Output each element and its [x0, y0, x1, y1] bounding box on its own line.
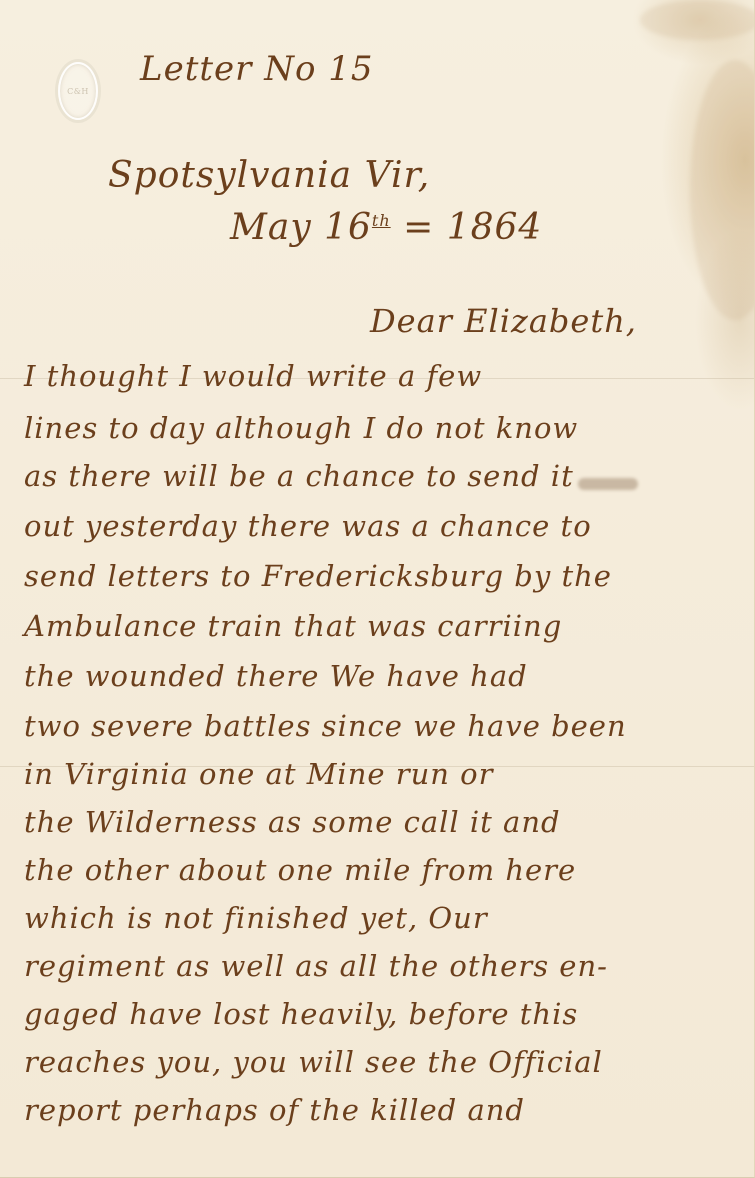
- body-line: send letters to Fredericksburg by the: [24, 562, 612, 591]
- body-line: in Virginia one at Mine run or: [24, 760, 494, 789]
- body-line: I thought I would write a few: [24, 362, 482, 391]
- seal-monogram: C&H: [67, 87, 89, 96]
- letter-date: May 16th = 1864: [230, 210, 542, 246]
- date-year: = 1864: [403, 207, 542, 248]
- body-line: two severe battles since we have been: [24, 712, 627, 741]
- body-line: which is not finished yet, Our: [24, 904, 488, 933]
- ink-smudge: [578, 478, 638, 490]
- body-line: report perhaps of the killed and: [24, 1096, 525, 1125]
- body-line: regiment as well as all the others en-: [24, 952, 608, 981]
- body-line: out yesterday there was a chance to: [24, 512, 592, 541]
- letter-number: Letter No 15: [140, 52, 374, 86]
- body-line: the Wilderness as some call it and: [24, 808, 561, 837]
- salutation: Dear Elizabeth,: [370, 305, 637, 337]
- body-line: as there will be a chance to send it: [24, 462, 574, 491]
- body-line: Ambulance train that was carriing: [24, 612, 562, 641]
- body-line: the wounded there We have had: [24, 662, 528, 691]
- body-line: lines to day although I do not know: [24, 414, 578, 443]
- embossed-seal-icon: C&H: [58, 62, 98, 120]
- water-stain: [690, 60, 755, 320]
- date-day: May 16: [230, 207, 372, 248]
- date-ordinal: th: [372, 211, 391, 230]
- letter-page: C&H Letter No 15 Spotsylvania Vir, May 1…: [0, 0, 755, 1178]
- body-line: the other about one mile from here: [24, 856, 576, 885]
- body-line: gaged have lost heavily, before this: [24, 1000, 578, 1029]
- body-line: reaches you, you will see the Official: [24, 1048, 603, 1077]
- letter-place: Spotsylvania Vir,: [108, 158, 430, 194]
- water-stain: [640, 0, 755, 40]
